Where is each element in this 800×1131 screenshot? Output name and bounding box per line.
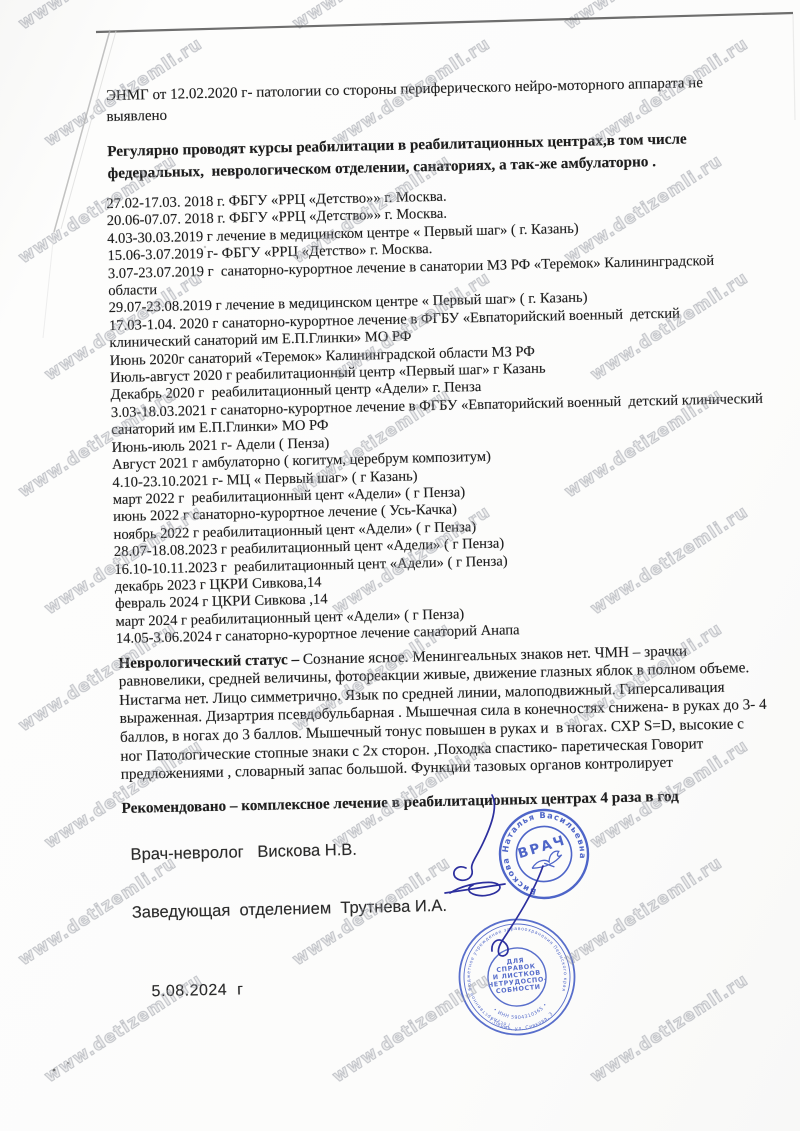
rehab-history-list: 27.02-17.03. 2018 г. ФБГУ «РРЦ «Детство»… [106, 182, 771, 649]
svg-text:• ИНН 5904310365 •: • ИНН 5904310365 • [491, 1002, 550, 1024]
clinic-stamp-city-text: г.Пермь, ул. Сивкова, 3 [488, 1011, 556, 1036]
department-head-signature-line: Заведующая отделением Трутнева И.А. [132, 888, 800, 922]
paragraph-recommendation: Рекомендовано – комплексное лечение в ре… [121, 785, 761, 818]
scan-speck [67, 1062, 69, 1064]
neurologist-signature-line: Врач-невролог Вискова Н.В. [130, 830, 800, 864]
paragraph-rehab-intro: Регулярно проводят курсы реабилитации в … [107, 127, 748, 184]
clinic-stamp-inn-text: • ИНН 5904310365 • [491, 1002, 550, 1024]
document-date: 5.08.2024 г [151, 968, 800, 1001]
paragraph-enmg: ЭНМГ от 12.02.2020 г- патологии со сторо… [104, 0, 747, 128]
svg-text:г.Пермь, ул. Сивкова, 3: г.Пермь, ул. Сивкова, 3 [488, 1011, 556, 1036]
scanned-document-page: ЭНМГ от 12.02.2020 г- патологии со сторо… [0, 0, 800, 1131]
paragraph-neuro-status: Неврологический статус – Сознание ясное.… [118, 640, 769, 784]
scan-speck [53, 1069, 56, 1072]
neuro-status-label: Неврологический статус – [118, 651, 299, 672]
document-content: ЭНМГ от 12.02.2020 г- патологии со сторо… [0, 0, 800, 1004]
